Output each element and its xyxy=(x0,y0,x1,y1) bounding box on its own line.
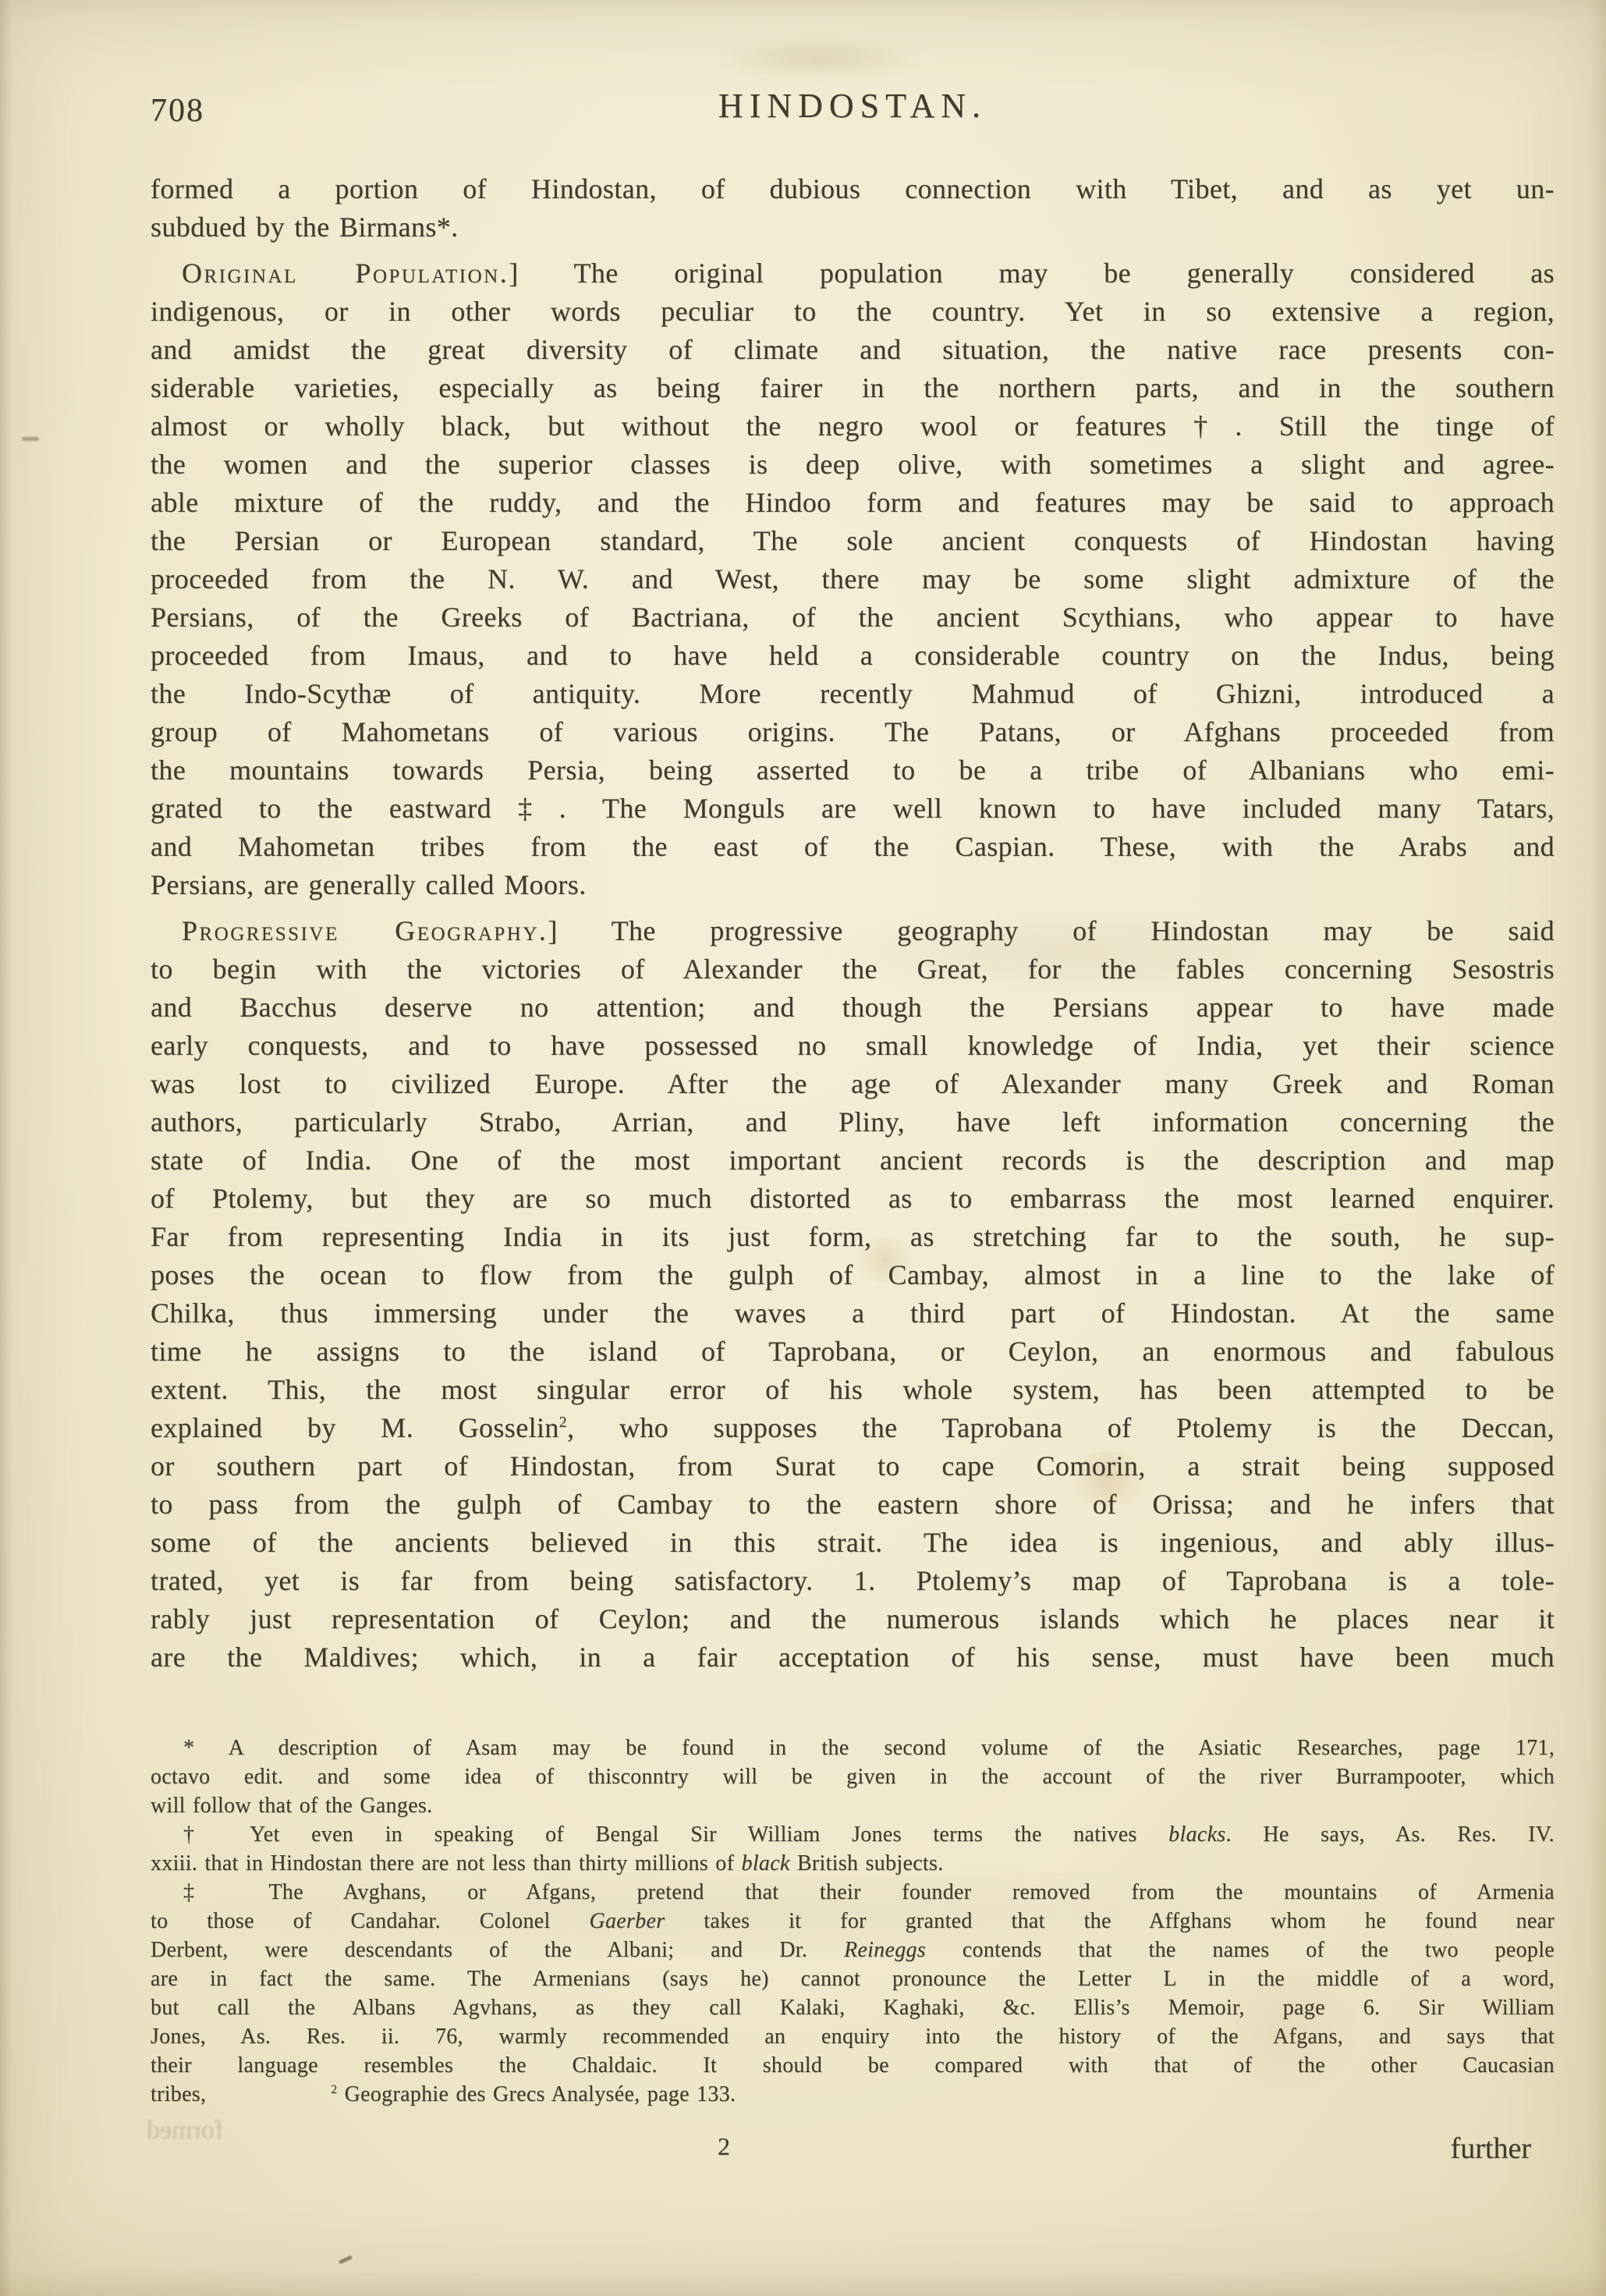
footnote-line-segment: Gaerber xyxy=(589,1909,665,1933)
footnote-line: Jones, As. Res. ii. 76, warmly recommend… xyxy=(151,2022,1555,2051)
footnote-line: Derbent, were descendants of the Albani;… xyxy=(151,1936,1555,1964)
footnote-line-segment: † Yet even in speaking of Bengal Sir Wil… xyxy=(183,1822,1168,1847)
body-text-line-segment: Original Population. xyxy=(182,257,509,289)
body-text-line: of Ptolemy, but they are so much distort… xyxy=(151,1180,1555,1218)
body-text-line: Progressive Geography.] The progressive … xyxy=(151,912,1555,950)
footnote-line-segment: will follow that of the Ganges. xyxy=(151,1794,432,1818)
ink-speck xyxy=(22,437,39,441)
body-text-line-segment: to begin with the victories of Alexander… xyxy=(151,953,1555,985)
footnote-line-segment: but call the Albans Agvhans, as they cal… xyxy=(151,1996,1555,2020)
body-text-line: poses the ocean to flow from the gulph o… xyxy=(151,1256,1555,1294)
body-text-line-segment: proceeded from Imaus, and to have held a… xyxy=(151,640,1555,671)
body-text-line: indigenous, or in other words peculiar t… xyxy=(151,293,1555,331)
signature-mark: 2 xyxy=(718,2132,730,2161)
body-text: formed a portion of Hindostan, of dubiou… xyxy=(151,170,1555,1677)
body-text-line-segment: subdued by the Birmans*. xyxy=(151,211,459,243)
footnote-line: ‡ The Avghans, or Afgans, pretend that t… xyxy=(151,1878,1555,1907)
body-text-line-segment: Persians, are generally called Moors. xyxy=(151,869,587,900)
body-text-line-segment: and Bacchus deserve no attention; and th… xyxy=(151,992,1555,1023)
footnote-line: to those of Candahar. Colonel Gaerber ta… xyxy=(151,1907,1555,1936)
body-text-line-segment: Chilka, thus immersing under the waves a… xyxy=(151,1297,1555,1329)
body-text-line: Far from representing India in its just … xyxy=(151,1218,1555,1256)
body-text-line: and Mahometan tribes from the east of th… xyxy=(151,828,1555,866)
body-text-line: the mountains towards Persia, being asse… xyxy=(151,751,1555,790)
footnote-line-segment: octavo edit. and some idea of thisconntr… xyxy=(151,1765,1555,1789)
body-text-line: was lost to civilized Europe. After the … xyxy=(151,1065,1555,1103)
catchword: further xyxy=(1451,2131,1531,2166)
body-text-line-segment: , who supposes the Taprobana of Ptolemy … xyxy=(567,1412,1555,1443)
body-text-line-segment: explained by M. Gosselin xyxy=(151,1412,559,1443)
footnote-line-segment: Geographie des Grecs Analysée, page 133. xyxy=(337,2082,736,2106)
show-through-catchword: formed xyxy=(147,2116,223,2145)
body-text-line-segment: extent. This, the most singular error of… xyxy=(151,1374,1555,1405)
body-text-line-segment: the mountains towards Persia, being asse… xyxy=(151,754,1555,786)
body-text-line-segment: time he assigns to the island of Taproba… xyxy=(151,1336,1555,1367)
body-text-line-segment: or southern part of Hindostan, from Sura… xyxy=(151,1450,1555,1482)
body-text-line: the Persian or European standard, The so… xyxy=(151,522,1555,560)
footnote-line-segment: contends that the names of the two peopl… xyxy=(926,1938,1555,1962)
body-text-line: proceeded from Imaus, and to have held a… xyxy=(151,637,1555,675)
footnote-line: their language resembles the Chaldaic. I… xyxy=(151,2051,1555,2080)
body-text-line-segment: was lost to civilized Europe. After the … xyxy=(151,1068,1555,1099)
body-text-line: grated to the eastward‡. The Monguls are… xyxy=(151,790,1555,828)
footnote-line: but call the Albans Agvhans, as they cal… xyxy=(151,1993,1555,2022)
body-text-line-segment: and Mahometan tribes from the east of th… xyxy=(151,831,1555,862)
body-text-line: siderable varieties, especially as being… xyxy=(151,369,1555,407)
body-text-line: Persians, of the Greeks of Bactriana, of… xyxy=(151,598,1555,637)
body-text-line-segment: grated to the eastward‡. The Monguls are… xyxy=(151,793,1555,824)
body-text-line-segment: siderable varieties, especially as being… xyxy=(151,372,1555,403)
body-text-line-segment: trated, yet is far from being satisfacto… xyxy=(151,1565,1555,1596)
footnote-line-segment: takes it for granted that the Affghans w… xyxy=(665,1909,1555,1933)
body-text-line: and Bacchus deserve no attention; and th… xyxy=(151,988,1555,1027)
footnote-line-segment: are in fact the same. The Armenians (say… xyxy=(151,1967,1555,1991)
body-text-line: almost or wholly black, but without the … xyxy=(151,407,1555,445)
footnote-line-segment: Derbent, were descendants of the Albani;… xyxy=(151,1938,844,1962)
body-text-line-segment: the Indo-Scythæ of antiquity. More recen… xyxy=(151,678,1555,709)
body-text-line: group of Mahometans of various origins. … xyxy=(151,713,1555,751)
body-text-line-segment: authors, particularly Strabo, Arrian, an… xyxy=(151,1106,1555,1137)
body-text-line-segment: early conquests, and to have possessed n… xyxy=(151,1030,1555,1061)
footnote-line: † Yet even in speaking of Bengal Sir Wil… xyxy=(151,1820,1555,1849)
running-head: HINDOSTAN. xyxy=(151,86,1555,126)
body-text-line: the Indo-Scythæ of antiquity. More recen… xyxy=(151,675,1555,713)
footnote-line: will follow that of the Ganges. xyxy=(151,1791,1555,1820)
body-text-line-segment: proceeded from the N. W. and West, there… xyxy=(151,563,1555,594)
body-text-line-segment: ] The original population may be general… xyxy=(509,257,1555,289)
footnote-line-segment: . He says, As. Res. IV. xyxy=(1226,1822,1555,1847)
body-text-line: to pass from the gulph of Cambay to the … xyxy=(151,1485,1555,1524)
body-text-line: early conquests, and to have possessed n… xyxy=(151,1027,1555,1065)
show-through-smudge xyxy=(718,37,920,78)
footnote-line-segment: blacks xyxy=(1168,1822,1225,1847)
footnote-line: octavo edit. and some idea of thisconntr… xyxy=(151,1762,1555,1791)
body-text-line: subdued by the Birmans*. xyxy=(151,208,1555,247)
body-text-line-segment: 2 xyxy=(559,1414,567,1431)
body-text-line-segment: the Persian or European standard, The so… xyxy=(151,525,1555,556)
body-text-line-segment: and amidst the great diversity of climat… xyxy=(151,334,1555,365)
footnote-line: tribes,2 Geographie des Grecs Analysée, … xyxy=(151,2080,1555,2109)
book-page: 708 HINDOSTAN. formed a portion of Hindo… xyxy=(0,0,1606,2296)
body-text-line-segment: Persians, of the Greeks of Bactriana, of… xyxy=(151,602,1555,633)
body-text-line-segment: state of India. One of the most importan… xyxy=(151,1144,1555,1176)
body-text-line: proceeded from the N. W. and West, there… xyxy=(151,560,1555,598)
body-text-line-segment: formed a portion of Hindostan, of dubiou… xyxy=(151,173,1555,204)
ink-speck xyxy=(339,2255,353,2264)
body-text-line: to begin with the victories of Alexander… xyxy=(151,950,1555,988)
body-text-line: trated, yet is far from being satisfacto… xyxy=(151,1562,1555,1600)
body-text-line-segment: ] The progressive geography of Hindostan… xyxy=(548,915,1555,946)
body-text-line: formed a portion of Hindostan, of dubiou… xyxy=(151,170,1555,208)
body-text-line: able mixture of the ruddy, and the Hindo… xyxy=(151,484,1555,522)
footnote-line: xxiii. that in Hindostan there are not l… xyxy=(151,1849,1555,1878)
body-text-line: Persians, are generally called Moors. xyxy=(151,866,1555,904)
footnote-line-segment: ‡ The Avghans, or Afgans, pretend that t… xyxy=(183,1880,1555,1904)
body-text-line: explained by M. Gosselin2, who supposes … xyxy=(151,1409,1555,1447)
footnotes: * A description of Asam may be found in … xyxy=(151,1734,1555,2109)
footnote-line-segment: tribes, xyxy=(151,2082,206,2106)
body-text-line-segment: the women and the superior classes is de… xyxy=(151,449,1555,480)
footnote-line: * A description of Asam may be found in … xyxy=(151,1734,1555,1762)
body-text-line-segment: indigenous, or in other words peculiar t… xyxy=(151,296,1555,327)
body-text-line-segment: to pass from the gulph of Cambay to the … xyxy=(151,1489,1555,1520)
body-text-line: and amidst the great diversity of climat… xyxy=(151,331,1555,369)
footnote-line-segment: * A description of Asam may be found in … xyxy=(183,1736,1555,1760)
body-text-line-segment: rably just representation of Ceylon; and… xyxy=(151,1603,1555,1634)
body-text-line-segment: able mixture of the ruddy, and the Hindo… xyxy=(151,487,1555,518)
body-text-line-segment: of Ptolemy, but they are so much distort… xyxy=(151,1183,1555,1214)
body-text-line-segment: group of Mahometans of various origins. … xyxy=(151,716,1555,747)
footnote-line-segment: Reineggs xyxy=(844,1938,926,1962)
footnote-line: are in fact the same. The Armenians (say… xyxy=(151,1964,1555,1993)
body-text-line: some of the ancients believed in this st… xyxy=(151,1524,1555,1562)
body-text-line-segment: Progressive Geography. xyxy=(182,915,548,946)
body-text-line: the women and the superior classes is de… xyxy=(151,445,1555,484)
footnote-line-segment: to those of Candahar. Colonel xyxy=(151,1909,589,1933)
body-text-line-segment: some of the ancients believed in this st… xyxy=(151,1527,1555,1558)
body-text-line: authors, particularly Strabo, Arrian, an… xyxy=(151,1103,1555,1141)
body-text-line: or southern part of Hindostan, from Sura… xyxy=(151,1447,1555,1485)
body-text-line: time he assigns to the island of Taproba… xyxy=(151,1333,1555,1371)
body-text-line-segment: are the Maldives; which, in a fair accep… xyxy=(151,1641,1555,1673)
body-text-line-segment: Far from representing India in its just … xyxy=(151,1221,1555,1252)
footnote-line-segment: xxiii. that in Hindostan there are not l… xyxy=(151,1851,742,1875)
body-text-line: rably just representation of Ceylon; and… xyxy=(151,1600,1555,1638)
body-text-line: Original Population.] The original popul… xyxy=(151,254,1555,293)
body-text-line-segment: almost or wholly black, but without the … xyxy=(151,410,1555,442)
body-text-line: state of India. One of the most importan… xyxy=(151,1141,1555,1180)
footnote-line-segment: British subjects. xyxy=(790,1851,944,1875)
body-text-line: Chilka, thus immersing under the waves a… xyxy=(151,1294,1555,1333)
footnote-line-segment: Jones, As. Res. ii. 76, warmly recommend… xyxy=(151,2025,1555,2049)
body-text-line: are the Maldives; which, in a fair accep… xyxy=(151,1638,1555,1677)
footnote-line-segment: black xyxy=(742,1851,790,1875)
footnote-line-segment: their language resembles the Chaldaic. I… xyxy=(151,2053,1555,2078)
body-text-line: extent. This, the most singular error of… xyxy=(151,1371,1555,1409)
body-text-line-segment: poses the ocean to flow from the gulph o… xyxy=(151,1259,1555,1290)
